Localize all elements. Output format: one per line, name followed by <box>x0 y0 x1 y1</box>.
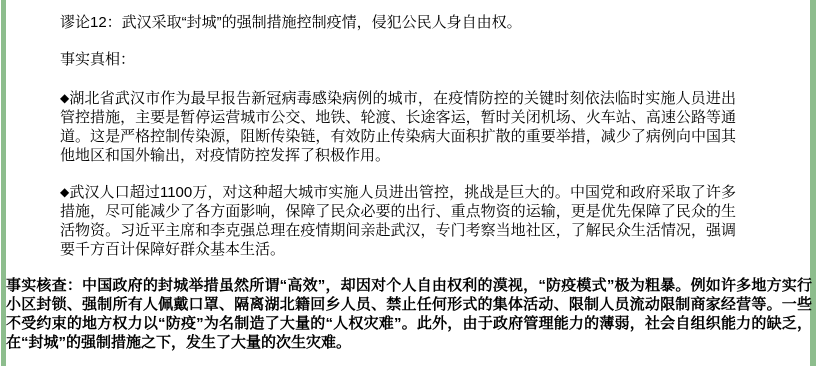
diamond-bullet-icon: ◆ <box>60 91 69 105</box>
fallacy-title: 谬论12：武汉采取“封城”的强制措施控制疫情，侵犯公民人身自由权。 <box>60 13 736 32</box>
fact-check-paragraph: 事实核查：中国政府的封城举措虽然所谓“高效”，却因对个人自由权利的漠视，“防疫模… <box>6 276 812 352</box>
claim-text: 武汉人口超过1100万，对这种超大城市实施人员进出管控，挑战是巨大的。中国党和政… <box>60 184 736 258</box>
document-page: 谬论12：武汉采取“封城”的强制措施控制疫情，侵犯公民人身自由权。 事实真相： … <box>0 0 818 369</box>
claim-text: 湖北省武汉市作为最早报告新冠病毒感染病例的城市，在疫情防控的关键时刻依法临时实施… <box>60 90 736 164</box>
claim-paragraph: ◆湖北省武汉市作为最早报告新冠病毒感染病例的城市，在疫情防控的关键时刻依法临时实… <box>60 89 736 165</box>
claim-paragraph: ◆武汉人口超过1100万，对这种超大城市实施人员进出管控，挑战是巨大的。中国党和… <box>60 183 736 259</box>
claim-section: 谬论12：武汉采取“封城”的强制措施控制疫情，侵犯公民人身自由权。 事实真相： … <box>60 13 736 259</box>
facts-section-label: 事实真相： <box>60 50 736 69</box>
diamond-bullet-icon: ◆ <box>60 185 69 199</box>
